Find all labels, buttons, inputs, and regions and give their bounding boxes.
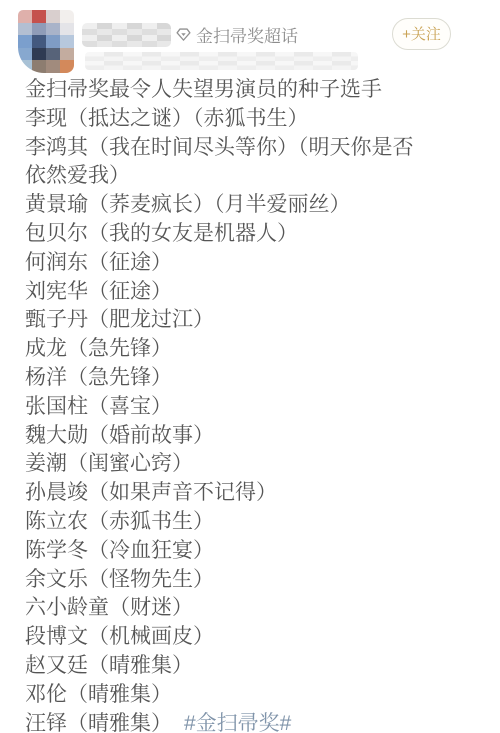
text-line: 孙晨竣（如果声音不记得） — [25, 479, 500, 508]
text-line: 段博文（机械画皮） — [25, 623, 500, 652]
avatar-pixel — [32, 23, 46, 36]
post-lines: 金扫帚奖最令人失望男演员的种子选手李现（抵达之谜）（赤狐书生）李鸿其（我在时间尽… — [25, 76, 500, 710]
avatar-pixel — [18, 35, 32, 48]
avatar-pixel — [46, 10, 60, 23]
username-blurred[interactable] — [82, 23, 171, 47]
avatar-pixel — [46, 60, 60, 73]
text-line: 姜潮（闺蜜心窍） — [25, 450, 500, 479]
text-line: 余文乐（怪物先生） — [25, 566, 500, 595]
text-line: 杨洋（急先锋） — [25, 364, 500, 393]
avatar-pixel — [18, 10, 32, 23]
supertopic-label: 金扫帚奖超话 — [196, 22, 298, 47]
avatar-pixel — [60, 35, 74, 48]
text-line: 陈立农（赤狐书生） — [25, 508, 500, 537]
last-line-text: 汪铎（晴雅集） — [25, 712, 172, 733]
weibo-post: 金扫帚奖超话 +关注 金扫帚奖最令人失望男演员的种子选手李现（抵达之谜）（赤狐书… — [0, 0, 500, 733]
text-line: 依然爱我） — [25, 162, 500, 191]
avatar-pixel — [46, 35, 60, 48]
follow-button[interactable]: +关注 — [392, 18, 451, 50]
text-line: 甄子丹（肥龙过江） — [25, 306, 500, 335]
text-line: 李鸿其（我在时间尽头等你）（明天你是否 — [25, 134, 500, 163]
text-line: 黄景瑜（荞麦疯长）（月半爱丽丝） — [25, 191, 500, 220]
supertopic-gem-icon — [176, 27, 191, 42]
avatar-pixel — [46, 48, 60, 61]
text-line: 成龙（急先锋） — [25, 335, 500, 364]
text-line: 刘宪华（征途） — [25, 278, 500, 307]
avatar-pixel — [32, 35, 46, 48]
text-line: 张国柱（喜宝） — [25, 393, 500, 422]
avatar-pixel — [32, 60, 46, 73]
post-text: 金扫帚奖最令人失望男演员的种子选手李现（抵达之谜）（赤狐书生）李鸿其（我在时间尽… — [25, 76, 500, 733]
avatar-pixel — [60, 23, 74, 36]
text-line: 包贝尔（我的女友是机器人） — [25, 220, 500, 249]
text-line: 魏大勋（婚前故事） — [25, 422, 500, 451]
avatar-pixel — [60, 10, 74, 23]
text-line: 李现（抵达之谜）（赤狐书生） — [25, 105, 500, 134]
hashtag-link[interactable]: #金扫帚奖# — [184, 712, 291, 733]
avatar-pixel — [18, 60, 32, 73]
avatar-pixel — [46, 23, 60, 36]
text-line: 陈学冬（冷血狂宴） — [25, 537, 500, 566]
avatar-pixel — [60, 60, 74, 73]
avatar-pixel — [18, 23, 32, 36]
text-line: 金扫帚奖最令人失望男演员的种子选手 — [25, 76, 500, 105]
post-meta-blurred — [85, 52, 358, 70]
avatar-pixel — [32, 10, 46, 23]
text-line: 六小龄童（财迷） — [25, 594, 500, 623]
text-line: 汪铎（晴雅集）#金扫帚奖# — [25, 710, 500, 733]
avatar-pixel — [18, 48, 32, 61]
avatar-pixel — [32, 48, 46, 61]
text-line: 赵又廷（晴雅集） — [25, 652, 500, 681]
text-line: 何润东（征途） — [25, 249, 500, 278]
supertopic-badge[interactable]: 金扫帚奖超话 — [176, 21, 298, 47]
avatar-pixel — [60, 48, 74, 61]
text-line: 邓伦（晴雅集） — [25, 681, 500, 710]
avatar[interactable] — [18, 10, 74, 73]
